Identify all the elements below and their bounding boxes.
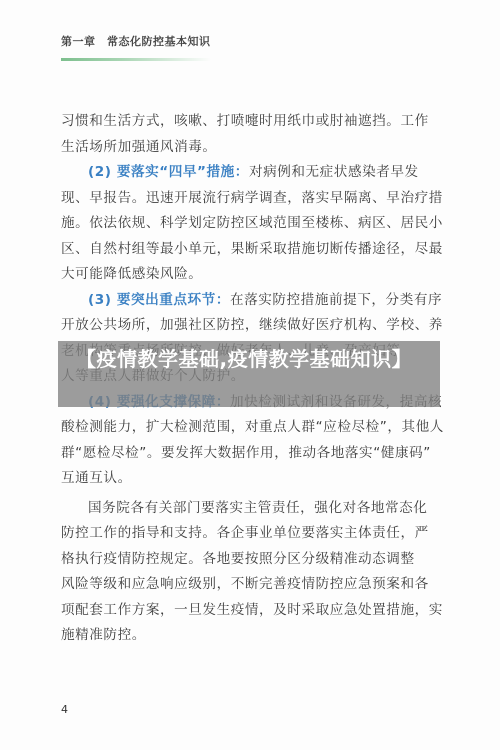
paragraph-3-first-line: (3) 要突出重点环节：在落实防控措施前提下，分类有序 xyxy=(61,288,421,314)
paragraph-line: 群“愿检尽检”。要发挥大数据作用，推动各地落实“健康码” xyxy=(61,441,421,467)
overlay-title: 【疫情教学基础,疫情教学基础知识】 xyxy=(76,344,446,374)
paragraph-line: 施。依法依规、科学划定防控区域范围至楼栋、病区、居民小 xyxy=(61,211,421,237)
section-heading-3: (3) 要突出重点环节： xyxy=(88,292,230,308)
paragraph-text: 在落实防控措施前提下，分类有序 xyxy=(230,292,442,308)
paragraph-line: 互通互认。 xyxy=(61,466,421,492)
paragraph-line: 施精准防控。 xyxy=(61,623,421,649)
chapter-header: 第一章 常态化防控基本知识 xyxy=(61,33,211,61)
paragraph-line: 开放公共场所，加强社区防控，继续做好医疗机构、学校、养 xyxy=(61,313,421,339)
paragraph-text: 对病例和无症状感染者早发 xyxy=(249,164,419,180)
paragraph-line: 大可能降低感染风险。 xyxy=(61,262,421,288)
page-number: 4 xyxy=(61,703,68,716)
paragraph-2-first-line: (2) 要落实“四早”措施：对病例和无症状感染者早发 xyxy=(61,160,421,186)
paragraph-line: 酸检测能力，扩大检测范围，对重点人群“应检尽检”，其他人 xyxy=(61,415,421,441)
paragraph-line: 生活场所加强通风消毒。 xyxy=(61,135,421,161)
paragraph-line: 现、早报告。迅速开展流行病学调查，落实早隔离、早治疗措 xyxy=(61,186,421,212)
paragraph-line: 习惯和生活方式，咳嗽、打喷嚏时用纸巾或肘袖遮挡。工作 xyxy=(61,109,421,135)
paragraph-line: 格执行疫情防控规定。各地要按照分区分级精准动态调整 xyxy=(61,547,421,573)
paragraph-line: 区、自然村组等最小单元，果断采取措施切断传播途径，尽最 xyxy=(61,237,421,263)
chapter-title: 第一章 常态化防控基本知识 xyxy=(61,33,211,49)
paragraph-line: 风险等级和应急响应级别，不断完善疫情防控应急预案和各 xyxy=(61,572,421,598)
paragraph-line: 防控工作的指导和支持。各企事业单位要落实主体责任，严 xyxy=(61,521,421,547)
paragraph-line: 项配套工作方案，一旦发生疫情，及时采取应急处置措施，实 xyxy=(61,598,421,624)
chapter-underline xyxy=(61,58,211,61)
paragraph-line: 国务院各有关部门要落实主管责任，强化对各地常态化 xyxy=(61,496,421,522)
section-heading-2: (2) 要落实“四早”措施： xyxy=(88,164,249,180)
